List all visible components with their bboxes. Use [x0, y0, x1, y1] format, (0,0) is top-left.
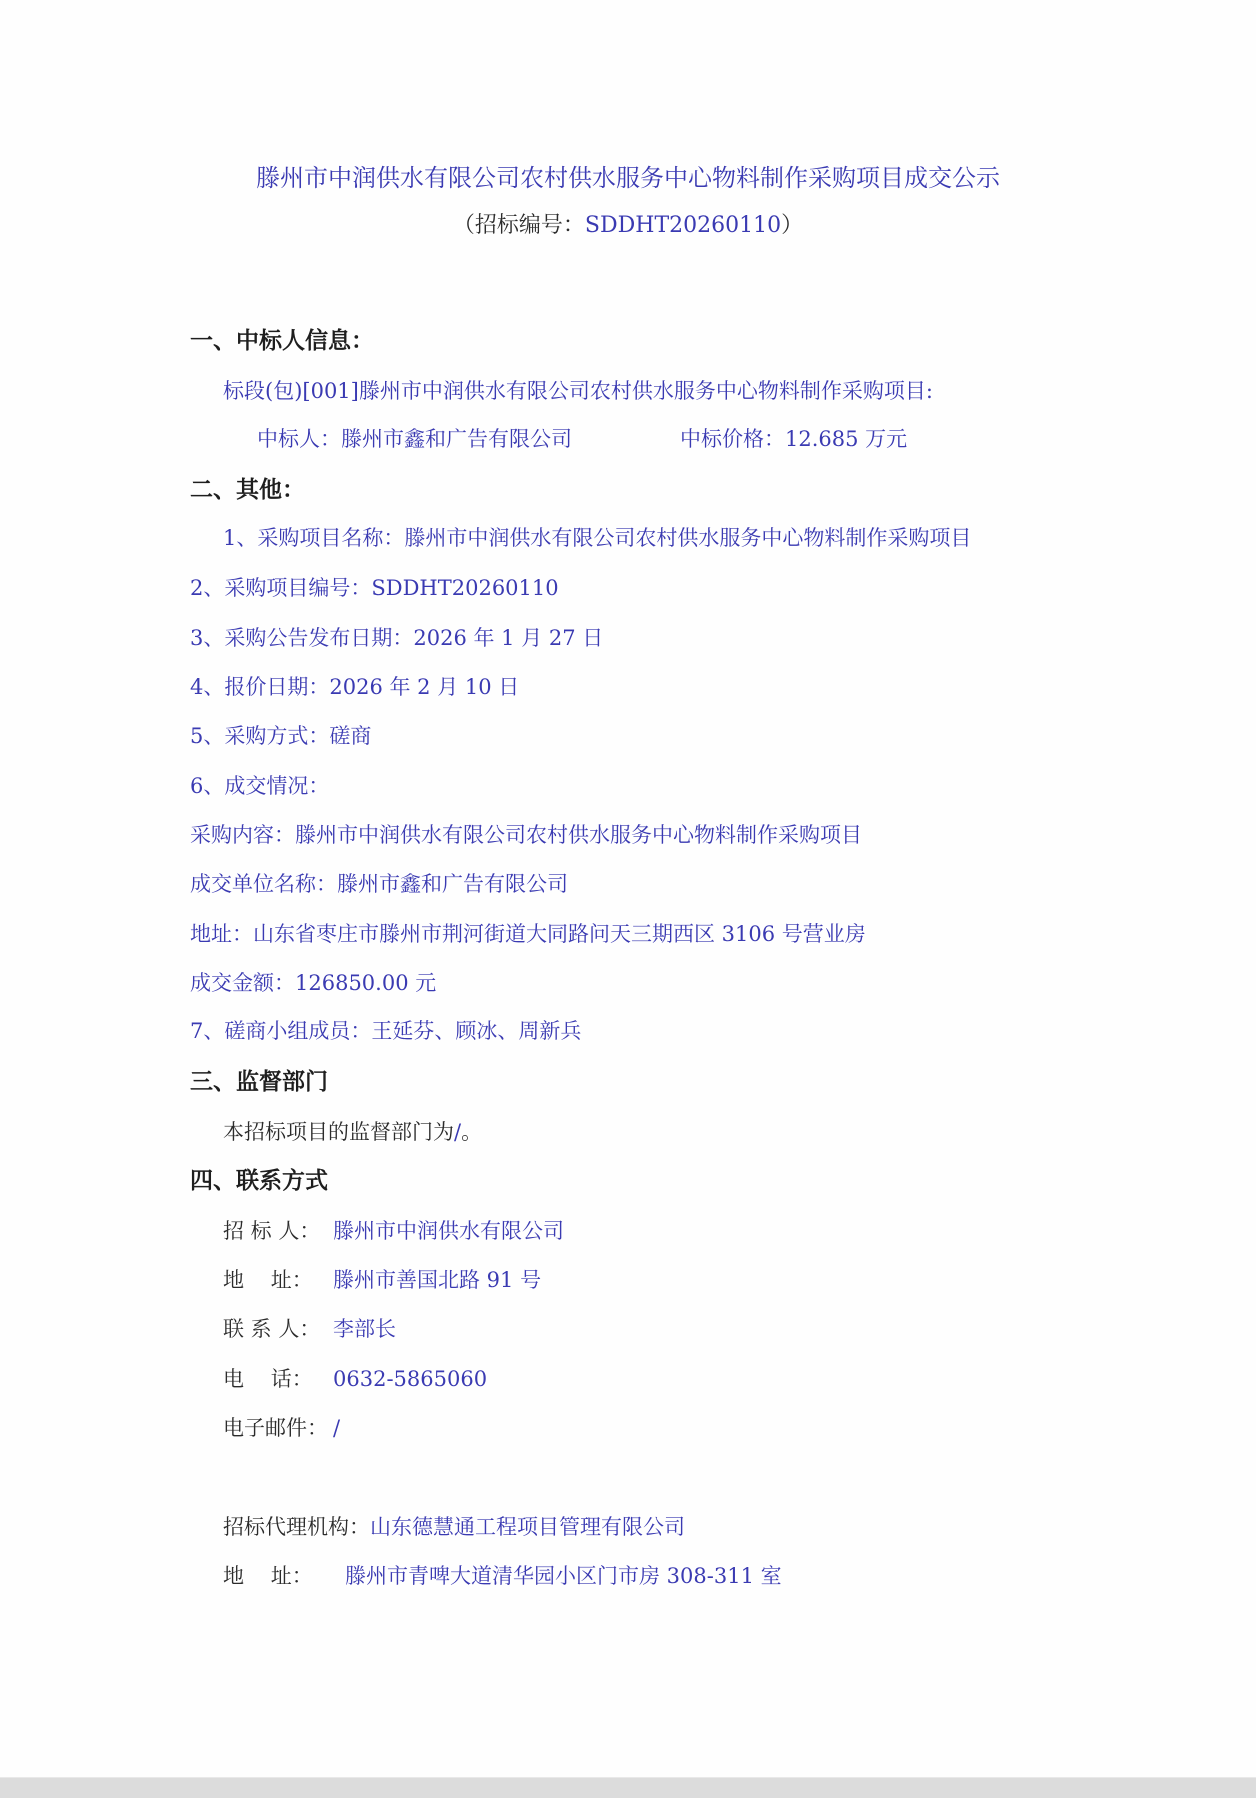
- list-item: 3、采购公告发布日期：2026 年 1 月 27 日: [190, 623, 603, 653]
- agency-address-label: 地 址：: [223, 1561, 345, 1591]
- contact-tenderer: 招 标 人：滕州市中润供水有限公司: [223, 1216, 564, 1246]
- document-title: 滕州市中润供水有限公司农村供水服务中心物料制作采购项目成交公示: [0, 163, 1256, 193]
- subtitle-suffix: ）: [781, 213, 803, 238]
- contact-label: 电子邮件：: [223, 1413, 333, 1443]
- list-item: 5、采购方式：磋商: [190, 721, 371, 751]
- bottom-scroll-bar: [0, 1777, 1256, 1798]
- document-page: 滕州市中润供水有限公司农村供水服务中心物料制作采购项目成交公示 （招标编号：SD…: [0, 0, 1256, 1777]
- contact-value: 滕州市善国北路 91 号: [333, 1268, 541, 1292]
- document-subtitle: （招标编号：SDDHT20260110）: [0, 211, 1256, 241]
- agency: 招标代理机构：山东德慧通工程项目管理有限公司: [223, 1512, 685, 1542]
- contact-phone: 电 话：0632-5865060: [223, 1364, 487, 1394]
- list-item: 成交金额：126850.00 元: [190, 968, 436, 998]
- supervision-suffix: 。: [461, 1120, 482, 1144]
- supervision-text: 本招标项目的监督部门为/。: [223, 1117, 482, 1147]
- winner-name: 中标人：滕州市鑫和广告有限公司: [257, 424, 572, 454]
- contact-label: 地 址：: [223, 1265, 333, 1295]
- tender-code: SDDHT20260110: [585, 213, 781, 238]
- contact-value: 0632-5865060: [333, 1367, 487, 1391]
- supervision-prefix: 本招标项目的监督部门为: [223, 1120, 454, 1144]
- contact-value: /: [333, 1416, 340, 1440]
- contact-label: 招 标 人：: [223, 1216, 333, 1246]
- section-heading-winner-info: 一、中标人信息：: [190, 326, 374, 356]
- agency-label: 招标代理机构：: [223, 1512, 370, 1542]
- list-item: 2、采购项目编号：SDDHT20260110: [190, 573, 559, 603]
- agency-address: 地 址：滕州市青啤大道清华园小区门市房 308-311 室: [223, 1561, 782, 1591]
- winning-price: 中标价格：12.685 万元: [680, 424, 907, 454]
- contact-label: 电 话：: [223, 1364, 333, 1394]
- list-item: 7、磋商小组成员：王延芬、顾冰、周新兵: [190, 1016, 581, 1046]
- lot-description: 标段(包)[001]滕州市中润供水有限公司农村供水服务中心物料制作采购项目:: [223, 376, 933, 406]
- list-item: 1、采购项目名称：滕州市中润供水有限公司农村供水服务中心物料制作采购项目: [223, 523, 971, 553]
- list-item: 采购内容：滕州市中润供水有限公司农村供水服务中心物料制作采购项目: [190, 820, 862, 850]
- section-heading-supervision: 三、监督部门: [190, 1067, 328, 1097]
- list-item: 6、成交情况：: [190, 771, 329, 801]
- agency-address-value: 滕州市青啤大道清华园小区门市房 308-311 室: [345, 1564, 782, 1588]
- section-heading-other: 二、其他：: [190, 475, 305, 505]
- agency-value: 山东德慧通工程项目管理有限公司: [370, 1515, 685, 1539]
- contact-email: 电子邮件：/: [223, 1413, 340, 1443]
- section-heading-contact: 四、联系方式: [190, 1166, 328, 1196]
- list-item: 地址：山东省枣庄市滕州市荆河街道大同路问天三期西区 3106 号营业房: [190, 919, 866, 949]
- contact-person: 联 系 人：李部长: [223, 1314, 396, 1344]
- list-item: 4、报价日期：2026 年 2 月 10 日: [190, 672, 519, 702]
- subtitle-prefix: （招标编号：: [453, 213, 585, 238]
- list-item: 成交单位名称：滕州市鑫和广告有限公司: [190, 869, 568, 899]
- contact-value: 滕州市中润供水有限公司: [333, 1219, 564, 1243]
- contact-label: 联 系 人：: [223, 1314, 333, 1344]
- contact-value: 李部长: [333, 1317, 396, 1341]
- contact-address: 地 址：滕州市善国北路 91 号: [223, 1265, 541, 1295]
